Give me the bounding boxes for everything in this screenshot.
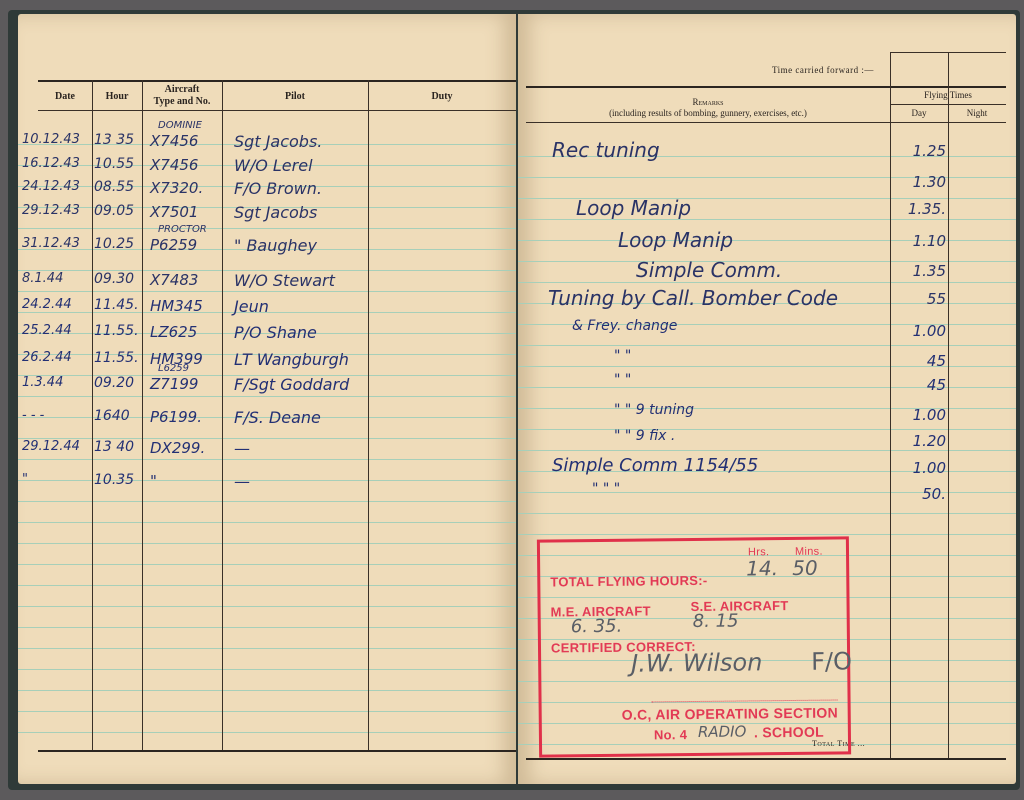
log-pilot: W/O Lerel [234, 156, 313, 175]
log-date: 25.2.44 [22, 323, 72, 338]
stamp-se-value: 8. 15 [693, 611, 739, 632]
footer-rule [526, 758, 1006, 760]
log-pilot: W/O Stewart [234, 271, 335, 290]
log-date: 29.12.43 [22, 203, 80, 218]
log-remark: " " 9 tuning [614, 402, 694, 418]
log-remark: " " 9 fix . [614, 428, 675, 444]
stamp-total-hrs: 14. [746, 556, 778, 580]
certification-stamp: Hrs. Mins. TOTAL FLYING HOURS:- 14. 50 M… [537, 536, 851, 757]
log-hour: 10.25 [94, 236, 134, 252]
log-date: 24.2.44 [22, 297, 72, 312]
log-hour: 09.30 [94, 271, 134, 287]
log-hour: 1640 [94, 408, 130, 424]
log-day-time: 1.35. [898, 200, 946, 218]
log-aircraft: P6199. [150, 408, 202, 426]
log-day-time: 1.30 [898, 173, 946, 191]
stamp-signature-line [652, 699, 838, 702]
log-aircraft: DX299. [150, 439, 205, 457]
stamp-rank: F/O [811, 647, 852, 675]
log-remark: Loop Manip [618, 228, 733, 252]
stamp-me-value: 6. 35. [571, 616, 623, 638]
night-header: Night [948, 108, 1006, 119]
stamp-school-suffix: . SCHOOL [754, 724, 824, 741]
log-pilot: Sgt Jacobs [234, 203, 317, 222]
log-aircraft: X7456 [150, 156, 198, 174]
log-hour: 10.35 [94, 472, 134, 488]
log-aircraft: Z7199 [150, 375, 198, 393]
log-day-time: 1.10 [898, 232, 946, 250]
log-remark: " " [614, 372, 631, 388]
footer-rule [38, 750, 516, 752]
ruled-line [518, 513, 1016, 514]
log-day-time: 1.35 [898, 262, 946, 280]
log-remark: Loop Manip [576, 196, 691, 220]
log-aircraft-type: DOMINIE [158, 120, 202, 131]
log-date: 26.2.44 [22, 350, 72, 365]
stamp-total-mins: 50 [792, 556, 818, 580]
log-date: - - - [22, 408, 44, 423]
log-hour: 11.55. [94, 350, 139, 366]
stamp-school-prefix: No. 4 [654, 727, 687, 742]
log-hour: 08.55 [94, 179, 134, 195]
header-bottom-rule [38, 110, 516, 111]
log-pilot: F/Sgt Goddard [234, 375, 349, 394]
remarks-header: Remarks [526, 97, 890, 108]
log-remark: Simple Comm. [636, 258, 782, 282]
header-date: Date [38, 91, 92, 103]
ruled-line [518, 534, 1016, 535]
ruled-line [518, 450, 1016, 451]
log-aircraft: X7501 [150, 203, 198, 221]
log-hour: 10.55 [94, 156, 134, 172]
log-day-time: 1.00 [898, 406, 946, 424]
night-col-left [948, 52, 949, 758]
log-remark: Simple Comm 1154/55 [552, 455, 758, 476]
log-hour: 11.55. [94, 323, 139, 339]
log-day-time: 45 [898, 376, 946, 394]
log-aircraft: X7320. [150, 179, 203, 197]
log-hour: 13 35 [94, 132, 134, 148]
log-day-time: 1.25 [898, 142, 946, 160]
log-aircraft: " [150, 472, 157, 490]
stamp-school-handwritten: RADIO [698, 722, 747, 741]
col-divider [92, 80, 93, 750]
log-pilot: F/S. Deane [234, 408, 321, 427]
col-divider [368, 80, 369, 750]
log-pilot: P/O Shane [234, 323, 317, 342]
log-remark: Tuning by Call. Bomber Code [548, 286, 838, 310]
log-day-time: 55 [898, 290, 946, 308]
log-aircraft: X7483 [150, 271, 198, 289]
log-day-time: 45 [898, 352, 946, 370]
stamp-total-label: TOTAL FLYING HOURS:- [550, 573, 707, 590]
day-col-left [890, 52, 891, 758]
log-hour: 13 40 [94, 439, 134, 455]
log-pilot: LT Wangburgh [234, 350, 349, 369]
log-aircraft-type: PROCTOR [158, 224, 207, 235]
log-pilot: F/O Brown. [234, 179, 322, 198]
ruled-line [518, 345, 1016, 346]
header-aircraft-line2: Type and No. [142, 96, 222, 108]
log-date: " [22, 472, 28, 487]
stamp-oc-label: O.C, AIR OPERATING SECTION [622, 704, 838, 722]
header-aircraft-line1: Aircraft [142, 84, 222, 96]
header-pilot: Pilot [222, 91, 368, 103]
log-remark: " " [614, 348, 631, 364]
log-date: 10.12.43 [22, 132, 80, 147]
log-pilot: — [234, 439, 250, 458]
log-date: 8.1.44 [22, 271, 63, 286]
log-remark: " " " [592, 481, 620, 497]
header-bottom-rule [526, 122, 1006, 123]
header-top-rule [526, 86, 1006, 88]
log-aircraft: HM345 [150, 297, 203, 315]
log-date: 16.12.43 [22, 156, 80, 171]
header-hour: Hour [92, 91, 142, 103]
log-hour: 09.20 [94, 375, 134, 391]
log-pilot: Jeun [234, 297, 269, 316]
log-aircraft-type: L6259 [158, 363, 189, 374]
col-divider [142, 80, 143, 750]
day-header: Day [890, 108, 948, 119]
log-hour: 11.45. [94, 297, 139, 313]
log-day-time: 1.00 [898, 459, 946, 477]
log-pilot: " Baughey [234, 236, 317, 255]
header-duty: Duty [368, 91, 516, 103]
log-aircraft: X7456 [150, 132, 198, 150]
log-date: 31.12.43 [22, 236, 80, 251]
header-top-rule [38, 80, 516, 82]
log-aircraft: LZ625 [150, 323, 197, 341]
log-day-time: 50. [898, 485, 946, 503]
log-pilot: — [234, 472, 250, 491]
stamp-signature: J.W. Wilson [631, 648, 762, 677]
log-date: 29.12.44 [22, 439, 80, 454]
log-day-time: 1.20 [898, 432, 946, 450]
log-date: 24.12.43 [22, 179, 80, 194]
flying-times-header: Flying Times [890, 90, 1006, 101]
log-hour: 09.05 [94, 203, 134, 219]
log-pilot: Sgt Jacobs. [234, 132, 322, 151]
ruled-line [518, 282, 1016, 283]
remarks-subheader: (including results of bombing, gunnery, … [526, 108, 890, 119]
left-page: Date Hour Aircraft Type and No. Pilot Du… [18, 14, 516, 784]
log-remark: Rec tuning [552, 138, 660, 162]
log-date: 1.3.44 [22, 375, 63, 390]
log-aircraft: P6259 [150, 236, 197, 254]
ruled-line [518, 429, 1016, 430]
header-aircraft: Aircraft Type and No. [142, 84, 222, 108]
log-day-time: 1.00 [898, 322, 946, 340]
log-remark: & Frey. change [572, 318, 677, 334]
col-divider [222, 80, 223, 750]
time-carried-forward-label: Time carried forward :— [772, 65, 874, 75]
